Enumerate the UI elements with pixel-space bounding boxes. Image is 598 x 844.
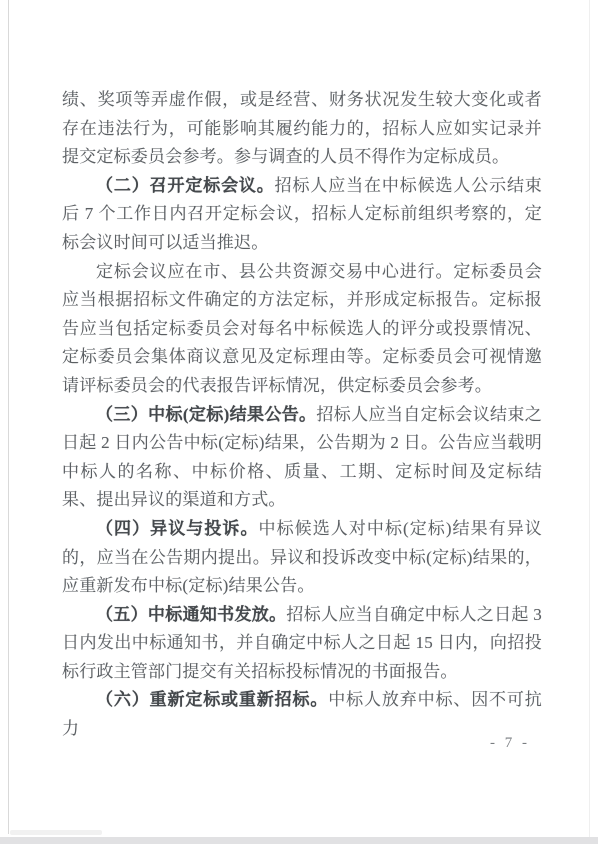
- page-content: 绩、奖项等弄虚作假，或是经营、财务状况发生较大变化或者存在违法行为，可能影响其履…: [62, 86, 542, 744]
- page-edge-left: [8, 0, 9, 834]
- paragraph-text: 绩、奖项等弄虚作假，或是经营、财务状况发生较大变化或者存在违法行为，可能影响其履…: [62, 90, 542, 166]
- paragraph-item-2: （二）召开定标会议。招标人应当在中标候选人公示结束后 7 个工作日内召开定标会议…: [62, 172, 542, 258]
- item-heading: （三）中标(定标)结果公告。: [96, 405, 316, 424]
- paragraph-item-4: （四）异议与投诉。中标候选人对中标(定标)结果有异议的，应当在公告期内提出。异议…: [62, 515, 542, 601]
- item-heading: （六）重新定标或重新招标。: [96, 690, 328, 709]
- page-edge-right: [589, 0, 590, 844]
- paragraph-continuation: 绩、奖项等弄虚作假，或是经营、财务状况发生较大变化或者存在违法行为，可能影响其履…: [62, 86, 542, 172]
- item-heading: （四）异议与投诉。: [96, 519, 259, 538]
- page-edge-bottom: [0, 837, 598, 844]
- paragraph-item-3: （三）中标(定标)结果公告。招标人应当自定标会议结束之日起 2 日内公告中标(定…: [62, 401, 542, 515]
- paragraph-body: 定标会议应在市、县公共资源交易中心进行。定标委员会应当根据招标文件确定的方法定标…: [62, 258, 542, 401]
- scan-smudge: [10, 830, 102, 835]
- item-heading: （五）中标通知书发放。: [96, 605, 286, 624]
- paragraph-item-5: （五）中标通知书发放。招标人应当自确定中标人之日起 3 日内发出中标通知书，并自…: [62, 601, 542, 687]
- paragraph-item-6: （六）重新定标或重新招标。中标人放弃中标、因不可抗力: [62, 686, 542, 743]
- item-heading: （二）召开定标会议。: [96, 176, 275, 195]
- scanned-page: 绩、奖项等弄虚作假，或是经营、财务状况发生较大变化或者存在违法行为，可能影响其履…: [0, 0, 598, 844]
- page-number: - 7 -: [490, 735, 530, 752]
- paragraph-text: 定标会议应在市、县公共资源交易中心进行。定标委员会应当根据招标文件确定的方法定标…: [62, 262, 542, 395]
